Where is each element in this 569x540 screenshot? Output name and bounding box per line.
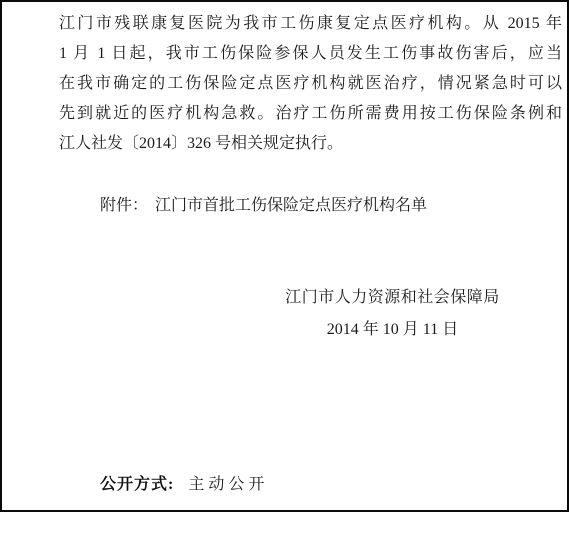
document-page: 江门市残联康复医院为我市工伤康复定点医疗机构。从 2015 年 1 月 1 日起… <box>0 0 569 540</box>
body-paragraph: 江门市残联康复医院为我市工伤康复定点医疗机构。从 2015 年 1 月 1 日起… <box>59 9 562 159</box>
body-line-5: 江人社发〔2014〕326 号相关规定执行。 <box>59 129 562 159</box>
body-line-4: 先到就近的医疗机构急救。治疗工伤所需费用按工伤保险条例和 <box>59 99 562 129</box>
document-border-frame: 江门市残联康复医院为我市工伤康复定点医疗机构。从 2015 年 1 月 1 日起… <box>0 0 569 512</box>
disclosure-line: 公开方式:主动公开 <box>100 470 268 500</box>
body-line-2: 1 月 1 日起，我市工伤保险参保人员发生工伤事故伤害后，应当 <box>59 39 562 69</box>
disclosure-label: 公开方式: <box>100 476 174 493</box>
body-line-1: 江门市残联康复医院为我市工伤康复定点医疗机构。从 2015 年 <box>59 9 562 39</box>
signature-date: 2014 年 10 月 11 日 <box>285 314 500 346</box>
attachment-label: 附件： <box>100 197 148 214</box>
body-line-3: 在我市确定的工伤保险定点医疗机构就医治疗，情况紧急时可以 <box>59 69 562 99</box>
disclosure-value: 主动公开 <box>188 476 268 493</box>
signature-agency: 江门市人力资源和社会保障局 <box>285 282 500 314</box>
attachment-title: 江门市首批工伤保险定点医疗机构名单 <box>155 197 427 214</box>
attachment-line: 附件：江门市首批工伤保险定点医疗机构名单 <box>100 191 427 221</box>
signature-block: 江门市人力资源和社会保障局 2014 年 10 月 11 日 <box>285 282 500 346</box>
